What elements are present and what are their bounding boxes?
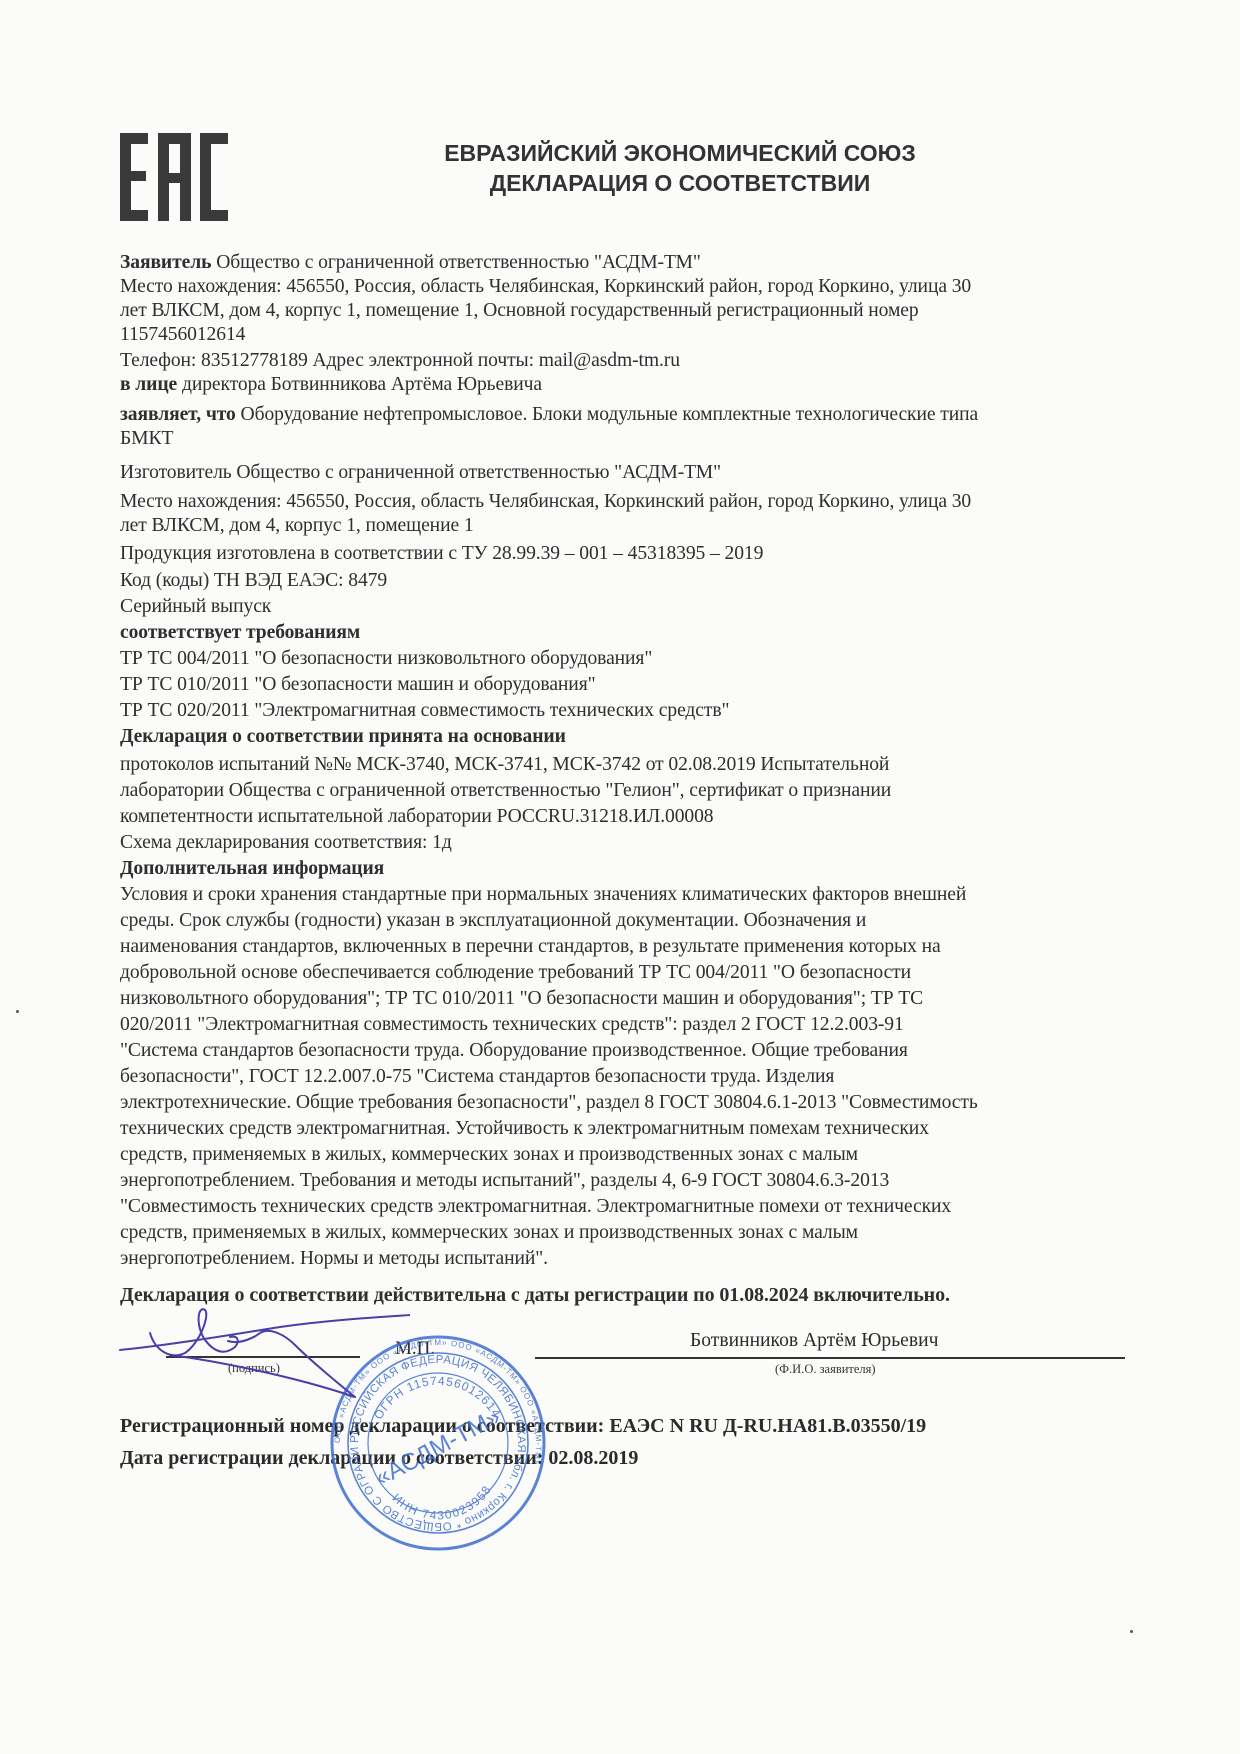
document-header: ЕВРАЗИЙСКИЙ ЭКОНОМИЧЕСКИЙ СОЮЗ ДЕКЛАРАЦИ… [400, 138, 960, 198]
additional-line: энергопотреблением. Нормы и методы испыт… [120, 1247, 548, 1271]
applicant-ogrn: 1157456012614 [120, 323, 245, 347]
additional-heading: Дополнительная информация [120, 857, 384, 881]
basis-line: лаборатории Общества с ограниченной отве… [120, 779, 891, 803]
additional-line: наименования стандартов, включенных в пе… [120, 935, 941, 959]
additional-line: технических средств электромагнитная. Ус… [120, 1117, 929, 1141]
represented-by: директора Ботвинникова Артёма Юрьевича [177, 374, 542, 395]
additional-line: безопасности", ГОСТ 12.2.007.0-75 "Систе… [120, 1065, 834, 1089]
validity-statement: Декларация о соответствии действительна … [120, 1283, 950, 1307]
additional-line: среды. Срок службы (годности) указан в э… [120, 909, 866, 933]
signature-icon [110, 1305, 410, 1400]
additional-line: добровольной основе обеспечивается соблю… [120, 961, 911, 985]
requirement-item: ТР ТС 004/2011 "О безопасности низковоль… [120, 647, 652, 671]
basis-line: протоколов испытаний №№ МСК-3740, МСК-37… [120, 753, 889, 777]
union-title: ЕВРАЗИЙСКИЙ ЭКОНОМИЧЕСКИЙ СОЮЗ [400, 138, 960, 168]
applicant-address-1: Место нахождения: 456550, Россия, област… [120, 275, 971, 299]
eac-logo-icon [120, 133, 228, 221]
additional-line: энергопотреблением. Требования и методы … [120, 1169, 889, 1193]
represented-line: в лице директора Ботвинникова Артёма Юрь… [120, 373, 542, 397]
manufacturer-name: Изготовитель Общество с ограниченной отв… [120, 461, 721, 485]
declaration-title: ДЕКЛАРАЦИЯ О СООТВЕТСТВИИ [400, 168, 960, 198]
represented-label: в лице [120, 374, 177, 395]
manufacturer-address-1: Место нахождения: 456550, Россия, област… [120, 490, 971, 514]
additional-line: низковольтного оборудования"; ТР ТС 010/… [120, 987, 923, 1011]
product-tu: Продукция изготовлена в соответствии с Т… [120, 542, 763, 566]
additional-line: средств, применяемых в жилых, коммерческ… [120, 1221, 858, 1245]
signer-caption: (Ф.И.О. заявителя) [775, 1362, 876, 1377]
basis-line: компетентности испытательной лаборатории… [120, 805, 714, 829]
additional-line: Условия и сроки хранения стандартные при… [120, 883, 966, 907]
applicant-address-2: лет ВЛКСМ, дом 4, корпус 1, помещение 1,… [120, 299, 919, 323]
requirement-item: ТР ТС 010/2011 "О безопасности машин и о… [120, 673, 596, 697]
additional-line: "Система стандартов безопасности труда. … [120, 1039, 908, 1063]
product-tn-ved: Код (коды) ТН ВЭД ЕАЭС: 8479 [120, 569, 387, 593]
additional-line: средств, применяемых в жилых, коммерческ… [120, 1143, 858, 1167]
applicant-name: Общество с ограниченной ответственностью… [211, 252, 700, 273]
requirements-heading: соответствует требованиям [120, 621, 360, 645]
product-description: Оборудование нефтепромысловое. Блоки мод… [236, 404, 978, 425]
scan-speck [1130, 1630, 1133, 1633]
additional-line: электротехнические. Общие требования без… [120, 1091, 978, 1115]
additional-line: 020/2011 "Электромагнитная совместимость… [120, 1013, 904, 1037]
requirement-item: ТР ТС 020/2011 "Электромагнитная совмест… [120, 699, 729, 723]
declaration-scheme: Схема декларирования соответствия: 1д [120, 831, 452, 855]
applicant-line: Заявитель Общество с ограниченной ответс… [120, 251, 701, 275]
signer-name: Ботвинников Артём Юрьевич [690, 1330, 938, 1352]
additional-line: "Совместимость технических средств элект… [120, 1195, 951, 1219]
product-description-2: БМКТ [120, 427, 173, 451]
manufacturer-address-2: лет ВЛКСМ, дом 4, корпус 1, помещение 1 [120, 514, 474, 538]
declares-line: заявляет, что Оборудование нефтепромысло… [120, 403, 978, 427]
basis-heading: Декларация о соответствии принята на осн… [120, 725, 566, 749]
declares-label: заявляет, что [120, 404, 236, 425]
applicant-label: Заявитель [120, 252, 211, 273]
scan-speck [16, 1010, 19, 1013]
applicant-contacts: Телефон: 83512778189 Адрес электронной п… [120, 349, 680, 373]
svg-text:«АСДМ-ТМ»: «АСДМ-ТМ» [371, 1403, 505, 1492]
product-release: Серийный выпуск [120, 595, 271, 619]
signer-name-line [535, 1357, 1125, 1359]
